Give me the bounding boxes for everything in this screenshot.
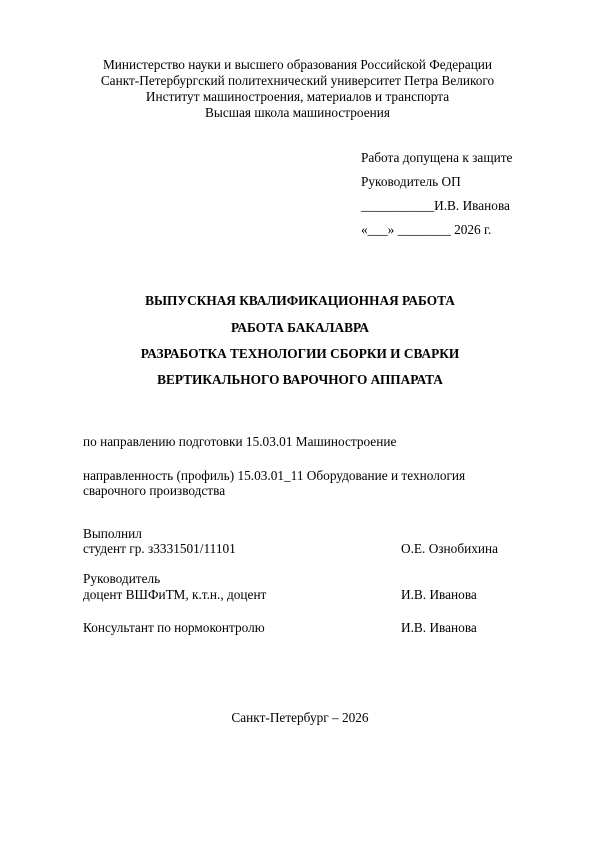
supervisor-label: Руководитель [83,571,160,587]
approval-admitted: Работа допущена к защите [361,150,512,166]
approval-date: «___» ________ 2026 г. [361,222,491,238]
supervisor-name: И.В. Иванова [401,587,477,603]
work-topic-line-1: РАЗРАБОТКА ТЕХНОЛОГИИ СБОРКИ И СВАРКИ [0,346,595,362]
city-year: Санкт-Петербург – 2026 [0,710,595,726]
work-topic-line-2: ВЕРТИКАЛЬНОГО ВАРОЧНОГО АППАРАТА [0,372,595,388]
profile-line-2: сварочного производства [83,483,225,499]
performer-name: О.Е. Ознобихина [401,541,498,557]
supervisor-position: доцент ВШФиТМ, к.т.н., доцент [83,587,266,603]
training-direction: по направлению подготовки 15.03.01 Машин… [83,434,396,450]
norm-control-name: И.В. Иванова [401,620,477,636]
approval-signature: ___________И.В. Иванова [361,198,510,214]
performer-label: Выполнил [83,526,142,542]
profile-line-1: направленность (профиль) 15.03.01_11 Обо… [83,468,465,484]
norm-control-label: Консультант по нормоконтролю [83,620,265,636]
work-degree: РАБОТА БАКАЛАВРА [0,320,595,336]
institute-line: Институт машиностроения, материалов и тр… [0,89,595,105]
approval-head: Руководитель ОП [361,174,461,190]
school-line: Высшая школа машиностроения [0,105,595,121]
work-type: ВЫПУСКНАЯ КВАЛИФИКАЦИОННАЯ РАБОТА [0,293,595,309]
university-line: Санкт-Петербургский политехнический унив… [0,73,595,89]
performer-group: студент гр. з3331501/11101 [83,541,236,557]
ministry-line: Министерство науки и высшего образования… [0,57,595,73]
